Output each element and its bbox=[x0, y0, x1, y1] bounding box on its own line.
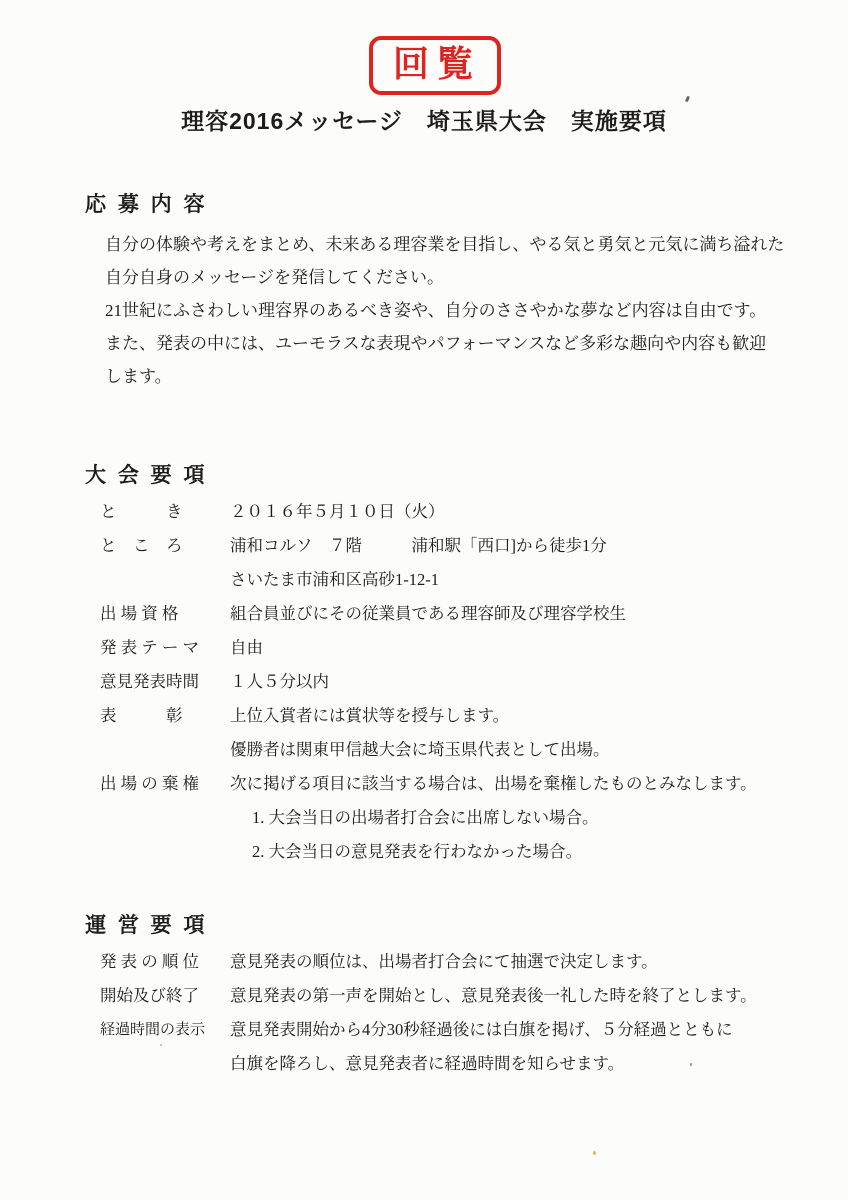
row-label: と こ ろ bbox=[100, 529, 230, 563]
row-value: 上位入賞者には賞状等を授与します。 優勝者は関東甲信越大会に埼玉県代表として出場… bbox=[230, 699, 848, 767]
section-heading-operation: 運 営 要 項 bbox=[0, 909, 848, 939]
paragraph-line: します。 bbox=[105, 360, 768, 393]
row-value-line: 組合員並びにその従業員である理容師及び理容学校生 bbox=[230, 597, 848, 631]
row-forfeit: 出 場 の 棄 権 次に掲げる項目に該当する場合は、出場を棄権したものとみなしま… bbox=[0, 767, 848, 869]
row-value: １人５分以内 bbox=[230, 665, 848, 699]
row-awards: 表 彰 上位入賞者には賞状等を授与します。 優勝者は関東甲信越大会に埼玉県代表と… bbox=[0, 699, 848, 767]
row-value-line: １人５分以内 bbox=[230, 665, 848, 699]
row-date: と き ２０１６年５月１０日（火） bbox=[0, 495, 848, 529]
row-value-line: 浦和コルソ ７階 浦和駅「西口]から徒歩1分 bbox=[230, 529, 848, 563]
row-label: 意見発表時間 bbox=[100, 665, 230, 699]
document-title: 理容2016メッセージ 埼玉県大会 実施要項 bbox=[0, 103, 848, 136]
row-place: と こ ろ 浦和コルソ ７階 浦和駅「西口]から徒歩1分 さいたま市浦和区高砂1… bbox=[0, 529, 848, 597]
paragraph-line: 自分の体験や考えをまとめ、未来ある理容業を目指し、やる気と勇気と元気に満ち溢れた bbox=[105, 228, 768, 261]
row-label: 経過時間の表示 bbox=[100, 1013, 230, 1047]
row-start-end: 開始及び終了 意見発表の第一声を開始とし、意見発表後一礼した時を終了とします。 bbox=[0, 979, 848, 1013]
row-value: 浦和コルソ ７階 浦和駅「西口]から徒歩1分 さいたま市浦和区高砂1-12-1 bbox=[230, 529, 848, 597]
application-paragraph: 自分の体験や考えをまとめ、未来ある理容業を目指し、やる気と勇気と元気に満ち溢れた… bbox=[0, 228, 848, 393]
paragraph-line: 自分自身のメッセージを発信してください。 bbox=[105, 261, 768, 294]
row-label: 発 表 テ ー マ bbox=[100, 631, 230, 665]
row-value-line: 意見発表の第一声を開始とし、意見発表後一礼した時を終了とします。 bbox=[230, 979, 848, 1013]
scan-speck bbox=[685, 96, 690, 103]
row-label: と き bbox=[100, 495, 230, 529]
scanned-document-page: 回覧 理容2016メッセージ 埼玉県大会 実施要項 応 募 内 容 自分の体験や… bbox=[0, 0, 848, 1200]
stamp-row: 回覧 bbox=[0, 36, 848, 95]
scan-speck bbox=[160, 1044, 162, 1046]
scan-speck bbox=[690, 1063, 692, 1066]
row-value-line: 意見発表の順位は、出場者打合会にて抽選で決定します。 bbox=[230, 945, 848, 979]
row-eligibility: 出 場 資 格 組合員並びにその従業員である理容師及び理容学校生 bbox=[0, 597, 848, 631]
event-outline-rows: と き ２０１６年５月１０日（火） と こ ろ 浦和コルソ ７階 浦和駅「西口]… bbox=[0, 495, 848, 869]
row-value: 自由 bbox=[230, 631, 848, 665]
row-label: 発 表 の 順 位 bbox=[100, 945, 230, 979]
row-label: 表 彰 bbox=[100, 699, 230, 733]
row-value-line: 白旗を降ろし、意見発表者に経過時間を知らせます。 bbox=[230, 1047, 848, 1081]
row-value-line: さいたま市浦和区高砂1-12-1 bbox=[230, 563, 848, 597]
row-value-line: ２０１６年５月１０日（火） bbox=[230, 495, 848, 529]
row-value: 組合員並びにその従業員である理容師及び理容学校生 bbox=[230, 597, 848, 631]
row-value: 意見発表の順位は、出場者打合会にて抽選で決定します。 bbox=[230, 945, 848, 979]
row-label: 出 場 資 格 bbox=[100, 597, 230, 631]
row-value: 次に掲げる項目に該当する場合は、出場を棄権したものとみなします。 1. 大会当日… bbox=[230, 767, 848, 869]
row-speech-time: 意見発表時間 １人５分以内 bbox=[0, 665, 848, 699]
row-label: 出 場 の 棄 権 bbox=[100, 767, 230, 801]
row-theme: 発 表 テ ー マ 自由 bbox=[0, 631, 848, 665]
paragraph-line: また、発表の中には、ユーモラスな表現やパフォーマンスなど多彩な趣向や内容も歓迎 bbox=[105, 327, 768, 360]
row-label: 開始及び終了 bbox=[100, 979, 230, 1013]
row-value: ２０１６年５月１０日（火） bbox=[230, 495, 848, 529]
row-value-line: 次に掲げる項目に該当する場合は、出場を棄権したものとみなします。 bbox=[230, 767, 848, 801]
row-value-line: 意見発表開始から4分30秒経過後には白旗を掲げ、５分経過とともに bbox=[230, 1013, 848, 1047]
section-application-content: 応 募 内 容 自分の体験や考えをまとめ、未来ある理容業を目指し、やる気と勇気と… bbox=[0, 188, 848, 393]
row-value-line: 優勝者は関東甲信越大会に埼玉県代表として出場。 bbox=[230, 733, 848, 767]
row-value: 意見発表の第一声を開始とし、意見発表後一礼した時を終了とします。 bbox=[230, 979, 848, 1013]
row-value-line: 上位入賞者には賞状等を授与します。 bbox=[230, 699, 848, 733]
section-heading-event-outline: 大 会 要 項 bbox=[0, 459, 848, 489]
forfeit-condition-1: 1. 大会当日の出場者打合会に出席しない場合。 bbox=[230, 801, 848, 835]
kairan-circulation-stamp: 回覧 bbox=[369, 36, 501, 95]
operation-outline-rows: 発 表 の 順 位 意見発表の順位は、出場者打合会にて抽選で決定します。 開始及… bbox=[0, 945, 848, 1081]
section-operation-outline: 運 営 要 項 発 表 の 順 位 意見発表の順位は、出場者打合会にて抽選で決定… bbox=[0, 909, 848, 1081]
section-event-outline: 大 会 要 項 と き ２０１６年５月１０日（火） と こ ろ 浦和コルソ ７階… bbox=[0, 459, 848, 869]
row-elapsed-time: 経過時間の表示 意見発表開始から4分30秒経過後には白旗を掲げ、５分経過とともに… bbox=[0, 1013, 848, 1081]
forfeit-condition-2: 2. 大会当日の意見発表を行わなかった場合。 bbox=[230, 835, 848, 869]
section-heading-application: 応 募 内 容 bbox=[0, 188, 848, 218]
row-value: 意見発表開始から4分30秒経過後には白旗を掲げ、５分経過とともに 白旗を降ろし、… bbox=[230, 1013, 848, 1081]
row-presentation-order: 発 表 の 順 位 意見発表の順位は、出場者打合会にて抽選で決定します。 bbox=[0, 945, 848, 979]
scan-speck bbox=[593, 1151, 596, 1155]
paragraph-line: 21世紀にふさわしい理容界のあるべき姿や、自分のささやかな夢など内容は自由です。 bbox=[105, 294, 768, 327]
row-value-line: 自由 bbox=[230, 631, 848, 665]
